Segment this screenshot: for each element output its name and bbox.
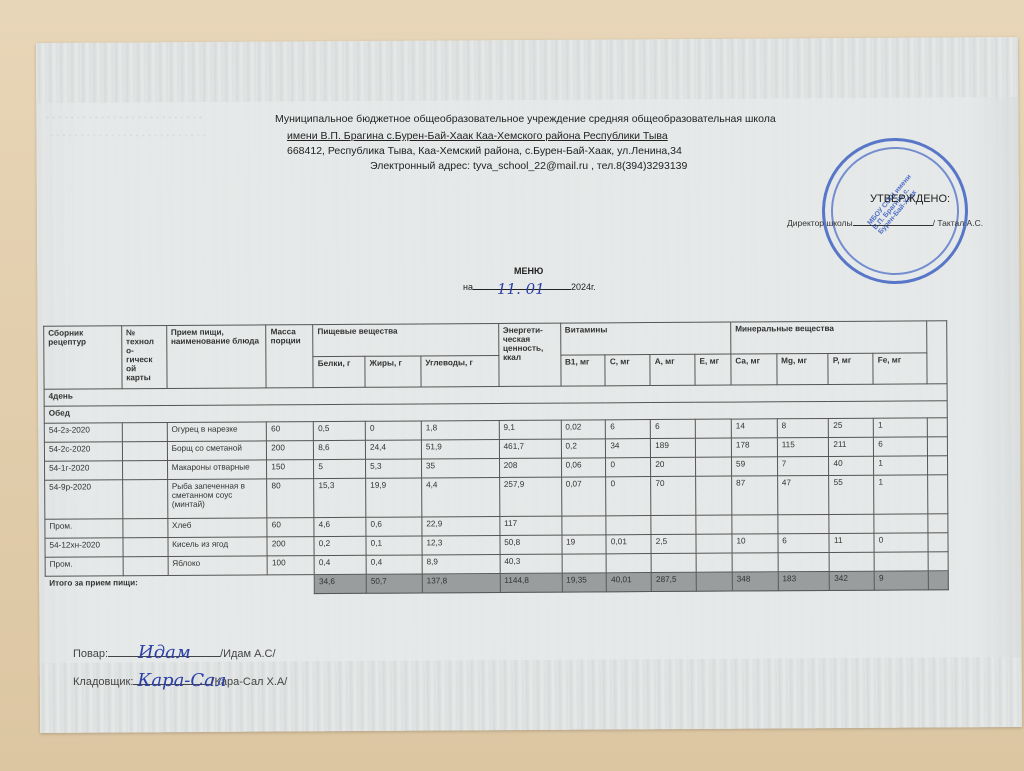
cell-c: 34 [606, 439, 651, 458]
cell-b1: 0,2 [561, 439, 606, 458]
cell-carb: 1,8 [421, 420, 499, 439]
cell-b1 [562, 554, 607, 573]
cell-carb: 22,9 [422, 516, 500, 535]
total-fe: 9 [874, 571, 928, 590]
cell-fat: 0,4 [366, 555, 422, 574]
cell-fe: 1 [874, 456, 928, 475]
school-name-line1: Муниципальное бюджетное общеобразователь… [275, 113, 776, 125]
cook-label: Повар: [73, 648, 108, 660]
cell-a: 20 [651, 457, 696, 476]
cell-b1: 0,02 [561, 420, 606, 439]
total-ca: 348 [732, 572, 778, 591]
cell-e [696, 438, 732, 457]
cell-fat: 19,9 [366, 478, 422, 517]
storekeeper-signature-line: Кара-Сал [133, 684, 211, 685]
cell-fe [874, 514, 928, 533]
cell-name: Огурец в нарезке [167, 422, 267, 442]
cell-mass: 80 [267, 479, 314, 518]
total-p: 342 [830, 571, 875, 590]
cell-mass: 60 [267, 422, 314, 441]
director-label: Директор школы [787, 218, 853, 228]
cell-mg: 115 [777, 437, 829, 456]
cell-card [123, 538, 168, 557]
cell-extra [928, 514, 948, 533]
cell-mg: 7 [777, 456, 829, 475]
cell-e [696, 515, 732, 534]
director-name: / Тактал А.С. [933, 218, 983, 228]
cell-c: 6 [606, 420, 651, 439]
cell-mass: 60 [267, 518, 314, 537]
cell-ca [732, 553, 778, 572]
cell-e [696, 457, 732, 476]
cell-fat: 0,6 [366, 517, 422, 536]
cell-fe [874, 552, 928, 571]
cell-prot: 5 [314, 459, 366, 478]
total-proteins: 34,6 [314, 574, 366, 593]
cell-mass: 150 [267, 460, 314, 479]
header-collection: Сборник рецептур [44, 326, 122, 389]
cell-card [123, 519, 168, 538]
total-a: 287,5 [651, 572, 696, 591]
cell-fat: 0 [365, 421, 421, 440]
cell-mg: 47 [777, 475, 829, 514]
cell-b1: 19 [562, 535, 607, 554]
cell-b1: 0,06 [561, 458, 606, 477]
cell-ca: 14 [731, 419, 777, 438]
total-fats: 50,7 [366, 574, 422, 593]
cell-kcal: 40,3 [500, 554, 562, 573]
total-extra [928, 571, 948, 590]
cell-kcal: 117 [500, 516, 562, 535]
cell-card [122, 461, 167, 480]
cell-a: 2,5 [651, 534, 696, 553]
cell-prot: 15,3 [314, 478, 366, 517]
storekeeper-handwritten-signature: Кара-Сал [137, 670, 226, 691]
cell-fat: 24,4 [365, 440, 421, 459]
cell-extra [928, 533, 948, 552]
cell-fe: 1 [874, 475, 928, 514]
cook-handwritten-signature: Идам [138, 642, 191, 663]
header-proteins: Белки, г [313, 356, 365, 388]
header-mass: Масса порции [266, 325, 313, 388]
cell-kcal: 50,8 [500, 535, 562, 554]
header-e: Е, мг [695, 354, 731, 386]
cell-mg: 8 [777, 418, 829, 437]
cell-c [606, 516, 651, 535]
header-c: С, мг [605, 354, 650, 386]
cell-name: Макароны отварные [167, 460, 267, 480]
cell-mass: 200 [267, 441, 314, 460]
header-p: Р, мг [828, 353, 873, 385]
header-ca: Са, мг [731, 353, 777, 385]
total-mg: 183 [778, 571, 830, 590]
cell-kcal: 208 [499, 458, 561, 477]
cell-c: 0 [606, 477, 651, 516]
cell-mg [778, 514, 830, 533]
school-contacts: Электронный адрес: tyva_school_22@mail.r… [370, 160, 687, 172]
director-signature-line: Директор школы/ Тактал А.С. [787, 218, 983, 228]
cell-p [830, 552, 875, 571]
cell-code: Пром. [45, 557, 123, 576]
cell-mass: 200 [267, 537, 314, 556]
ghost-print-text: · · · · · · · · · · · · · · · · · · · · … [50, 130, 206, 141]
cell-p: 211 [829, 437, 874, 456]
cell-b1: 0,07 [561, 477, 606, 516]
cell-extra [927, 418, 947, 437]
cell-code: 54-9р-2020 [45, 480, 123, 519]
cell-a [651, 515, 696, 534]
header-vitamins: Витамины [560, 322, 731, 355]
cell-a: 70 [651, 476, 696, 515]
header-carbs: Углеводы, г [421, 355, 499, 387]
header-a: А, мг [650, 354, 695, 386]
cell-extra [928, 552, 948, 571]
cell-extra [928, 475, 948, 514]
header-energy: Энергети- ческая ценность, ккал [498, 323, 560, 386]
cell-ca [732, 515, 778, 534]
handwritten-date: 11. 01 [497, 280, 545, 298]
cell-ca: 10 [732, 534, 778, 553]
cell-prot: 0,4 [314, 555, 366, 574]
menu-date: на11. 012024г. [463, 282, 596, 292]
total-carbs: 137,8 [422, 573, 500, 592]
storekeeper-label: Кладовщик: [73, 676, 133, 688]
cell-card [122, 423, 167, 442]
cell-prot: 4,6 [314, 517, 366, 536]
header-extra [927, 321, 947, 384]
total-b1: 19,35 [562, 573, 607, 592]
cell-carb: 51,9 [421, 439, 499, 458]
menu-title: МЕНЮ [514, 266, 543, 276]
cell-e [696, 534, 732, 553]
cell-c: 0 [606, 458, 651, 477]
total-label: Итого за прием пищи: [45, 575, 314, 596]
cell-fat: 0,1 [366, 536, 422, 555]
cell-fe: 6 [874, 437, 928, 456]
cell-prot: 8,6 [314, 440, 366, 459]
cell-card [122, 480, 167, 519]
menu-table: Сборник рецептур № технол о- гическ ой к… [43, 320, 949, 596]
cell-prot: 0,5 [314, 421, 366, 440]
cell-ca: 178 [731, 438, 777, 457]
ghost-print-text: · · · · · · · · · · · · · · · · · · · · … [46, 112, 202, 123]
cell-prot: 0,2 [314, 536, 366, 555]
cell-card [122, 442, 167, 461]
cell-p: 55 [829, 475, 874, 514]
date-field: 11. 01 [473, 289, 571, 290]
header-nutrients: Пищевые вещества [313, 323, 499, 356]
school-name-line2: имени В.П. Брагина с.Бурен-Бай-Хаак Каа-… [287, 130, 668, 142]
cell-p: 40 [829, 456, 874, 475]
total-c: 40,01 [607, 573, 652, 592]
table-row: 54-9р-2020Рыба запеченная в сметанном со… [45, 475, 948, 520]
header-fe: Fe, мг [873, 352, 927, 384]
storekeeper-signature: Кладовщик:Кара-Сал/Кара-Сал Х.А/ [73, 676, 287, 688]
cell-e [696, 553, 732, 572]
cell-extra [927, 437, 947, 456]
cell-mg: 6 [778, 533, 830, 552]
date-prefix: на [463, 282, 473, 292]
cell-ca: 59 [731, 457, 777, 476]
cell-card [123, 557, 168, 576]
cell-code: 54-2с-2020 [44, 442, 122, 461]
cell-e [696, 476, 732, 515]
cell-c [606, 554, 651, 573]
cell-kcal: 461,7 [499, 439, 561, 458]
cook-signature: Повар:Идам/Идам А.С/ [73, 648, 276, 660]
cell-fat: 5,3 [366, 459, 422, 478]
cell-carb: 4,4 [422, 477, 500, 516]
header-minerals: Минеральные вещества [731, 321, 927, 354]
cook-name: /Идам А.С/ [220, 648, 276, 660]
cell-carb: 35 [421, 458, 499, 477]
cell-p [829, 514, 874, 533]
cell-kcal: 257,9 [499, 477, 561, 516]
total-kcal: 1144,8 [500, 573, 562, 592]
cell-e [695, 419, 731, 438]
header-tech-card: № технол о- гическ ой карты [121, 326, 166, 389]
header-b1: В1, мг [560, 354, 605, 386]
cell-ca: 87 [732, 476, 778, 515]
cell-code: 54-12хн-2020 [45, 538, 123, 557]
signature-blank [853, 225, 933, 226]
cell-name: Хлеб [168, 518, 268, 538]
header-mg: Mg, мг [777, 353, 829, 385]
cell-kcal: 9,1 [499, 420, 561, 439]
cell-b1 [561, 516, 606, 535]
cell-a [651, 553, 696, 572]
cell-a: 6 [651, 419, 696, 438]
cell-code: 54-1г-2020 [45, 461, 123, 480]
cell-extra [927, 456, 947, 475]
approval-title: УТВЕРЖДЕНО: [870, 193, 950, 205]
date-suffix: 2024г. [571, 282, 596, 292]
cell-mass: 100 [267, 556, 314, 575]
table-body: 54-2з-2020Огурец в нарезке600,501,89,10,… [44, 418, 948, 577]
cell-fe: 0 [874, 533, 928, 552]
cell-a: 189 [651, 438, 696, 457]
cell-name: Кисель из ягод [168, 537, 268, 557]
cell-fe: 1 [874, 418, 928, 437]
total-e [696, 572, 732, 591]
cell-carb: 12,3 [422, 535, 500, 554]
cell-p: 25 [829, 418, 874, 437]
cell-name: Рыба запеченная в сметанном соус (минтай… [167, 479, 267, 519]
cell-name: Яблоко [168, 556, 268, 576]
school-address: 668412, Республика Тыва, Каа-Хемский рай… [287, 145, 682, 157]
header-meal: Прием пищи, наименование блюда [166, 325, 266, 389]
cell-carb: 8,9 [422, 554, 500, 573]
cell-p: 11 [829, 533, 874, 552]
cell-name: Борщ со сметаной [167, 441, 267, 461]
cell-code: Пром. [45, 519, 123, 538]
cell-code: 54-2з-2020 [44, 423, 122, 442]
header-fats: Жиры, г [365, 355, 421, 387]
cell-c: 0,01 [606, 535, 651, 554]
cook-signature-line: Идам [108, 656, 220, 657]
cell-mg [778, 552, 830, 571]
